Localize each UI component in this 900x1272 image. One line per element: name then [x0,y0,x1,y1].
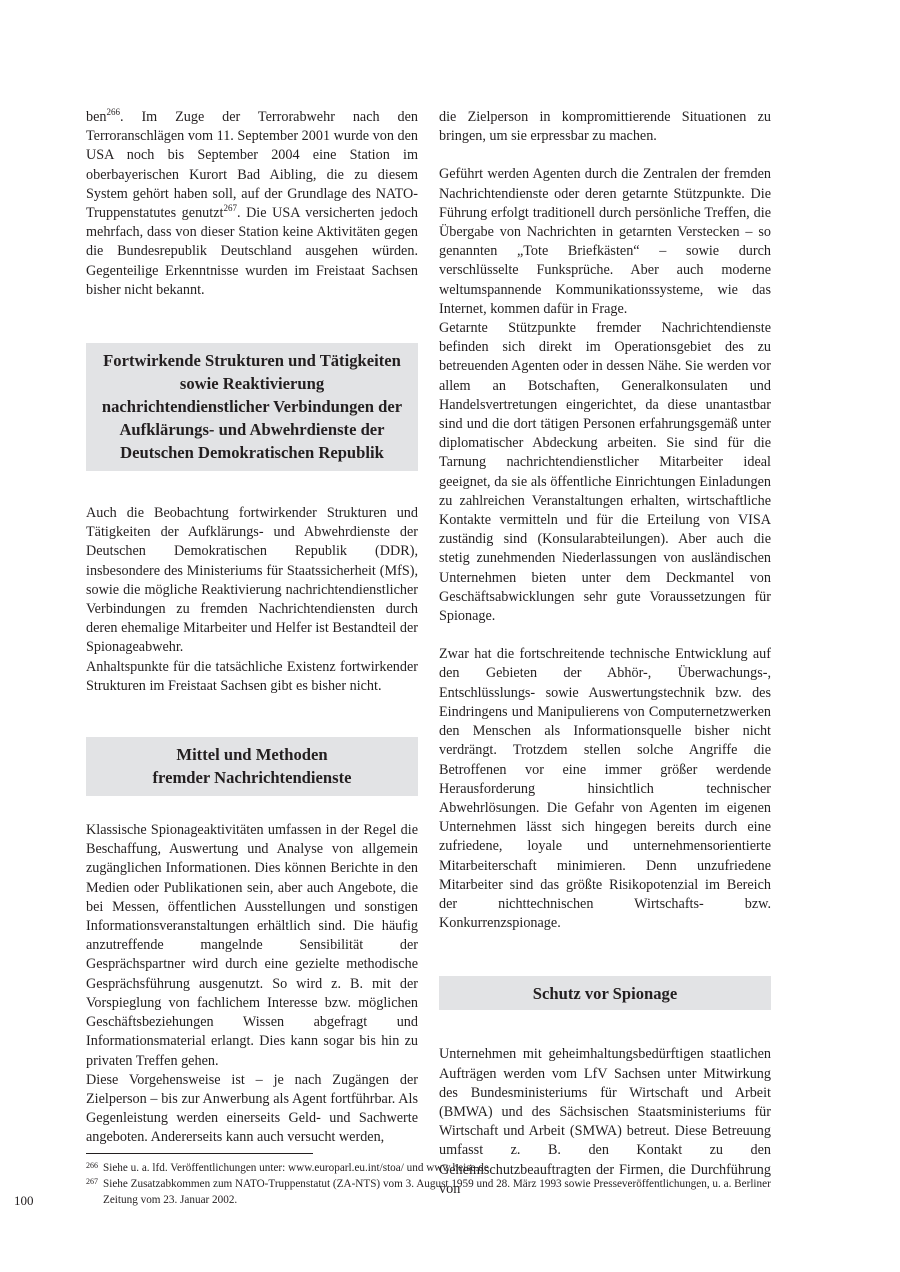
ddr-paragraph-1: Auch die Beobachtung fortwirkender Struk… [86,504,418,658]
right-paragraph-1: die Zielperson in kompromittierende Situ… [439,108,771,146]
footnote-ref-266[interactable]: 266 [107,107,121,117]
ddr-paragraph-2: Anhaltspunkte für die tatsächliche Exist… [86,658,418,696]
footnote-text: Siehe u. a. lfd. Veröffentlichungen unte… [103,1160,786,1176]
footnote-ref-267[interactable]: 267 [223,203,237,213]
heading-line-2: fremder Nachrichtendienste [96,766,408,789]
intro-paragraph: ben266. Im Zuge der Terrorabwehr nach de… [86,108,418,300]
footnote-text: Siehe Zusatzabkommen zum NATO-Truppensta… [103,1176,786,1208]
footnote-267: 267 Siehe Zusatzabkommen zum NATO-Truppe… [86,1176,786,1208]
right-paragraph-2: Geführt werden Agenten durch die Zentral… [439,165,771,319]
intro-text-start: ben [86,109,107,125]
right-paragraph-4: Zwar hat die fortschreitende technische … [439,645,771,933]
footnote-divider [86,1153,313,1154]
footnote-number: 266 [86,1160,103,1176]
methods-paragraph-1: Klassische Spionageaktivitäten umfassen … [86,821,418,1071]
footnote-number: 267 [86,1176,103,1208]
section-heading-protection: Schutz vor Spionage [439,976,771,1010]
page-number: 100 [14,1193,34,1209]
heading-line-1: Mittel und Methoden [96,743,408,766]
section-heading-ddr-structures: Fortwirkende Strukturen und Tätigkeiten … [86,343,418,471]
section-heading-methods: Mittel und Methoden fremder Nachrichtend… [86,737,418,796]
footnotes: 266 Siehe u. a. lfd. Veröffentlichungen … [86,1160,786,1208]
right-column: die Zielperson in kompromittierende Situ… [439,108,771,1199]
left-column: ben266. Im Zuge der Terrorabwehr nach de… [86,108,418,1148]
right-paragraph-3: Getarnte Stützpunkte fremder Nachrichten… [439,319,771,626]
footnote-266: 266 Siehe u. a. lfd. Veröffentlichungen … [86,1160,786,1176]
methods-paragraph-2: Diese Vorgehensweise ist – je nach Zugän… [86,1071,418,1148]
